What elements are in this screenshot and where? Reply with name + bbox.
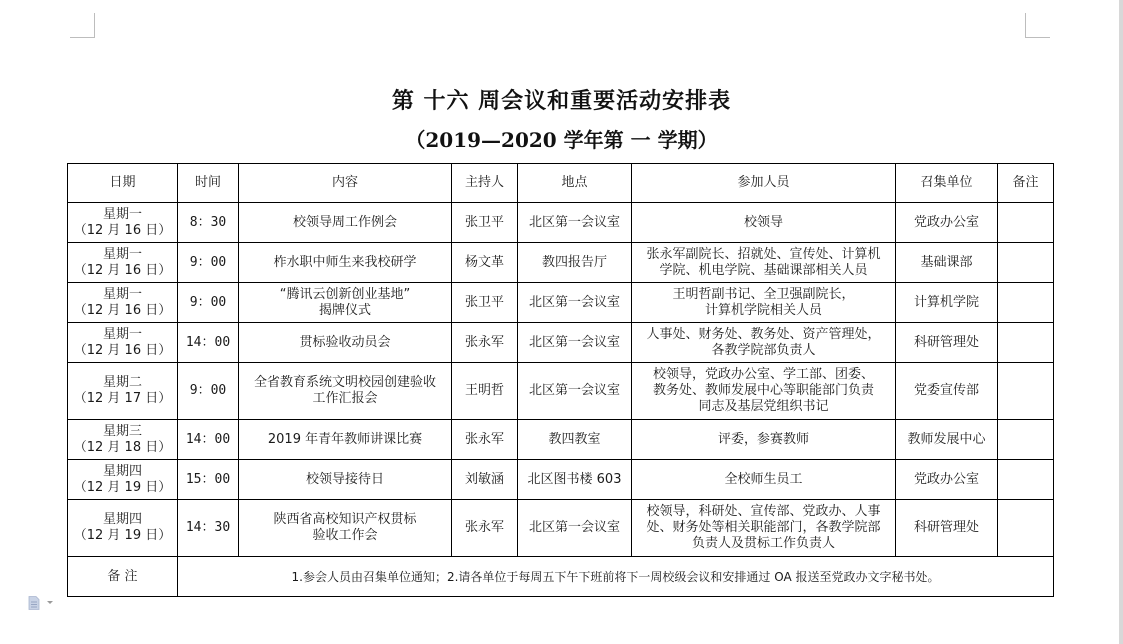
date-cell: 星期一（12 月 16 日）: [68, 243, 178, 283]
attendees-text: 评委，参赛教师: [634, 432, 893, 448]
attendees-text: 处、财务处等相关职能部门，各教学院部: [634, 520, 893, 536]
content-text: 柞水职中师生来我校研学: [241, 255, 449, 271]
content-cell: 校领导接待日: [239, 460, 452, 500]
remarks-label: 备 注: [68, 557, 178, 597]
attendees-cell: 王明哲副书记、全卫强副院长，计算机学院相关人员: [632, 283, 896, 323]
header-attendees: 参加人员: [632, 164, 896, 203]
table-row: 星期四（12 月 19 日） 15：00 校领导接待日 刘敏涵 北区图书楼 60…: [68, 460, 1054, 500]
date-cell: 星期一（12 月 16 日）: [68, 203, 178, 243]
header-host: 主持人: [452, 164, 518, 203]
date-cell: 星期一（12 月 16 日）: [68, 323, 178, 363]
attendees-text: 同志及基层党组织书记: [634, 399, 893, 415]
document-icon[interactable]: [28, 596, 40, 610]
day-text: 星期一: [70, 287, 175, 303]
location-cell: 北区第一会议室: [518, 283, 632, 323]
attendees-text: 负责人及贯标工作负责人: [634, 536, 893, 552]
attendees-text: 校领导: [634, 215, 893, 231]
table-row: 星期一（12 月 16 日） 9：00 “腾讯云创新创业基地”揭牌仪式 张卫平 …: [68, 283, 1054, 323]
date-text: （12 月 19 日）: [70, 480, 175, 496]
content-text: 校领导接待日: [241, 472, 449, 488]
date-cell: 星期一（12 月 16 日）: [68, 283, 178, 323]
note-cell: [998, 500, 1054, 557]
table-row: 星期一（12 月 16 日） 14：00 贯标验收动员会 张永军 北区第一会议室…: [68, 323, 1054, 363]
note-cell: [998, 243, 1054, 283]
header-location: 地点: [518, 164, 632, 203]
day-text: 星期一: [70, 207, 175, 223]
schedule-table: 日期 时间 内容 主持人 地点 参加人员 召集单位 备注 星期一（12 月 16…: [67, 163, 1054, 597]
location-cell: 教四报告厅: [518, 243, 632, 283]
attendees-cell: 全校师生员工: [632, 460, 896, 500]
organizer-cell: 基础课部: [896, 243, 998, 283]
chevron-down-icon[interactable]: [47, 601, 53, 604]
host-cell: 张卫平: [452, 283, 518, 323]
attendees-text: 计算机学院相关人员: [634, 303, 893, 319]
attendees-text: 各教学院部负责人: [634, 343, 893, 359]
content-cell: 全省教育系统文明校园创建验收工作汇报会: [239, 363, 452, 420]
day-text: 星期三: [70, 424, 175, 440]
table-row: 星期二（12 月 17 日） 9：00 全省教育系统文明校园创建验收工作汇报会 …: [68, 363, 1054, 420]
page-corner-mark-top-left: [70, 13, 95, 38]
attendees-cell: 人事处、财务处、教务处、资产管理处，各教学院部负责人: [632, 323, 896, 363]
content-text: 验收工作会: [241, 528, 449, 544]
content-text: 贯标验收动员会: [241, 335, 449, 351]
time-cell: 9：00: [178, 283, 239, 323]
host-cell: 张卫平: [452, 203, 518, 243]
attendees-text: 校领导，科研处、宣传部、党政办、人事: [634, 504, 893, 520]
time-cell: 14：00: [178, 323, 239, 363]
note-cell: [998, 363, 1054, 420]
table-row: 星期一（12 月 16 日） 9：00 柞水职中师生来我校研学 杨文革 教四报告…: [68, 243, 1054, 283]
date-text: （12 月 17 日）: [70, 391, 175, 407]
attendees-text: 人事处、财务处、教务处、资产管理处，: [634, 327, 893, 343]
remarks-row: 备 注 1.参会人员由召集单位通知；2.请各单位于每周五下午下班前将下一周校级会…: [68, 557, 1054, 597]
time-cell: 14：30: [178, 500, 239, 557]
host-cell: 杨文革: [452, 243, 518, 283]
host-cell: 刘敏涵: [452, 460, 518, 500]
host-cell: 张永军: [452, 323, 518, 363]
location-cell: 北区第一会议室: [518, 323, 632, 363]
header-date: 日期: [68, 164, 178, 203]
header-note: 备注: [998, 164, 1054, 203]
header-content: 内容: [239, 164, 452, 203]
location-cell: 北区第一会议室: [518, 500, 632, 557]
day-text: 星期一: [70, 327, 175, 343]
date-cell: 星期三（12 月 18 日）: [68, 420, 178, 460]
table-row: 星期四（12 月 19 日） 14：30 陕西省高校知识产权贯标验收工作会 张永…: [68, 500, 1054, 557]
header-organizer: 召集单位: [896, 164, 998, 203]
content-text: “腾讯云创新创业基地”: [241, 287, 449, 303]
date-text: （12 月 16 日）: [70, 263, 175, 279]
table-row: 星期一（12 月 16 日） 8：30 校领导周工作例会 张卫平 北区第一会议室…: [68, 203, 1054, 243]
host-cell: 张永军: [452, 420, 518, 460]
organizer-cell: 党委宣传部: [896, 363, 998, 420]
attendees-cell: 校领导，科研处、宣传部、党政办、人事处、财务处等相关职能部门，各教学院部负责人及…: [632, 500, 896, 557]
content-text: 2019 年青年教师讲课比赛: [241, 432, 449, 448]
date-cell: 星期二（12 月 17 日）: [68, 363, 178, 420]
attendees-text: 王明哲副书记、全卫强副院长，: [634, 287, 893, 303]
note-cell: [998, 203, 1054, 243]
date-text: （12 月 16 日）: [70, 223, 175, 239]
location-cell: 北区第一会议室: [518, 363, 632, 420]
attendees-cell: 评委，参赛教师: [632, 420, 896, 460]
day-text: 星期一: [70, 247, 175, 263]
date-text: （12 月 18 日）: [70, 440, 175, 456]
header-time: 时间: [178, 164, 239, 203]
organizer-cell: 计算机学院: [896, 283, 998, 323]
remarks-text: 1.参会人员由召集单位通知；2.请各单位于每周五下午下班前将下一周校级会议和安排…: [178, 557, 1054, 597]
content-cell: 校领导周工作例会: [239, 203, 452, 243]
content-text: 陕西省高校知识产权贯标: [241, 512, 449, 528]
attendees-cell: 张永军副院长、招就处、宣传处、计算机学院、机电学院、基础课部相关人员: [632, 243, 896, 283]
organizer-cell: 科研管理处: [896, 500, 998, 557]
note-cell: [998, 323, 1054, 363]
content-text: 校领导周工作例会: [241, 215, 449, 231]
location-cell: 教四教室: [518, 420, 632, 460]
content-text: 工作汇报会: [241, 391, 449, 407]
day-text: 星期四: [70, 512, 175, 528]
location-cell: 北区图书楼 603: [518, 460, 632, 500]
content-text: 全省教育系统文明校园创建验收: [241, 375, 449, 391]
organizer-cell: 科研管理处: [896, 323, 998, 363]
date-text: （12 月 16 日）: [70, 343, 175, 359]
time-cell: 14：00: [178, 420, 239, 460]
date-text: （12 月 16 日）: [70, 303, 175, 319]
attendees-text: 全校师生员工: [634, 472, 893, 488]
content-text: 揭牌仪式: [241, 303, 449, 319]
host-cell: 张永军: [452, 500, 518, 557]
date-text: （12 月 19 日）: [70, 528, 175, 544]
time-cell: 9：00: [178, 243, 239, 283]
time-cell: 8：30: [178, 203, 239, 243]
host-cell: 王明哲: [452, 363, 518, 420]
content-cell: 柞水职中师生来我校研学: [239, 243, 452, 283]
attendees-cell: 校领导，党政办公室、学工部、团委、教务处、教师发展中心等职能部门负责同志及基层党…: [632, 363, 896, 420]
content-cell: 2019 年青年教师讲课比赛: [239, 420, 452, 460]
document-title: 第 十六 周会议和重要活动安排表: [0, 84, 1123, 115]
note-cell: [998, 420, 1054, 460]
organizer-cell: 党政办公室: [896, 203, 998, 243]
note-cell: [998, 283, 1054, 323]
day-text: 星期四: [70, 464, 175, 480]
content-cell: 陕西省高校知识产权贯标验收工作会: [239, 500, 452, 557]
content-cell: “腾讯云创新创业基地”揭牌仪式: [239, 283, 452, 323]
attendees-cell: 校领导: [632, 203, 896, 243]
date-cell: 星期四（12 月 19 日）: [68, 500, 178, 557]
page-corner-mark-top-right: [1025, 13, 1050, 38]
time-cell: 15：00: [178, 460, 239, 500]
note-cell: [998, 460, 1054, 500]
document-subtitle: （2019—2020 学年第 一 学期）: [0, 124, 1123, 153]
attendees-text: 教务处、教师发展中心等职能部门负责: [634, 383, 893, 399]
table-row: 星期三（12 月 18 日） 14：00 2019 年青年教师讲课比赛 张永军 …: [68, 420, 1054, 460]
organizer-cell: 党政办公室: [896, 460, 998, 500]
date-cell: 星期四（12 月 19 日）: [68, 460, 178, 500]
location-cell: 北区第一会议室: [518, 203, 632, 243]
organizer-cell: 教师发展中心: [896, 420, 998, 460]
attendees-text: 校领导，党政办公室、学工部、团委、: [634, 367, 893, 383]
attendees-text: 张永军副院长、招就处、宣传处、计算机: [634, 247, 893, 263]
content-cell: 贯标验收动员会: [239, 323, 452, 363]
time-cell: 9：00: [178, 363, 239, 420]
day-text: 星期二: [70, 375, 175, 391]
attendees-text: 学院、机电学院、基础课部相关人员: [634, 263, 893, 279]
table-header-row: 日期 时间 内容 主持人 地点 参加人员 召集单位 备注: [68, 164, 1054, 203]
